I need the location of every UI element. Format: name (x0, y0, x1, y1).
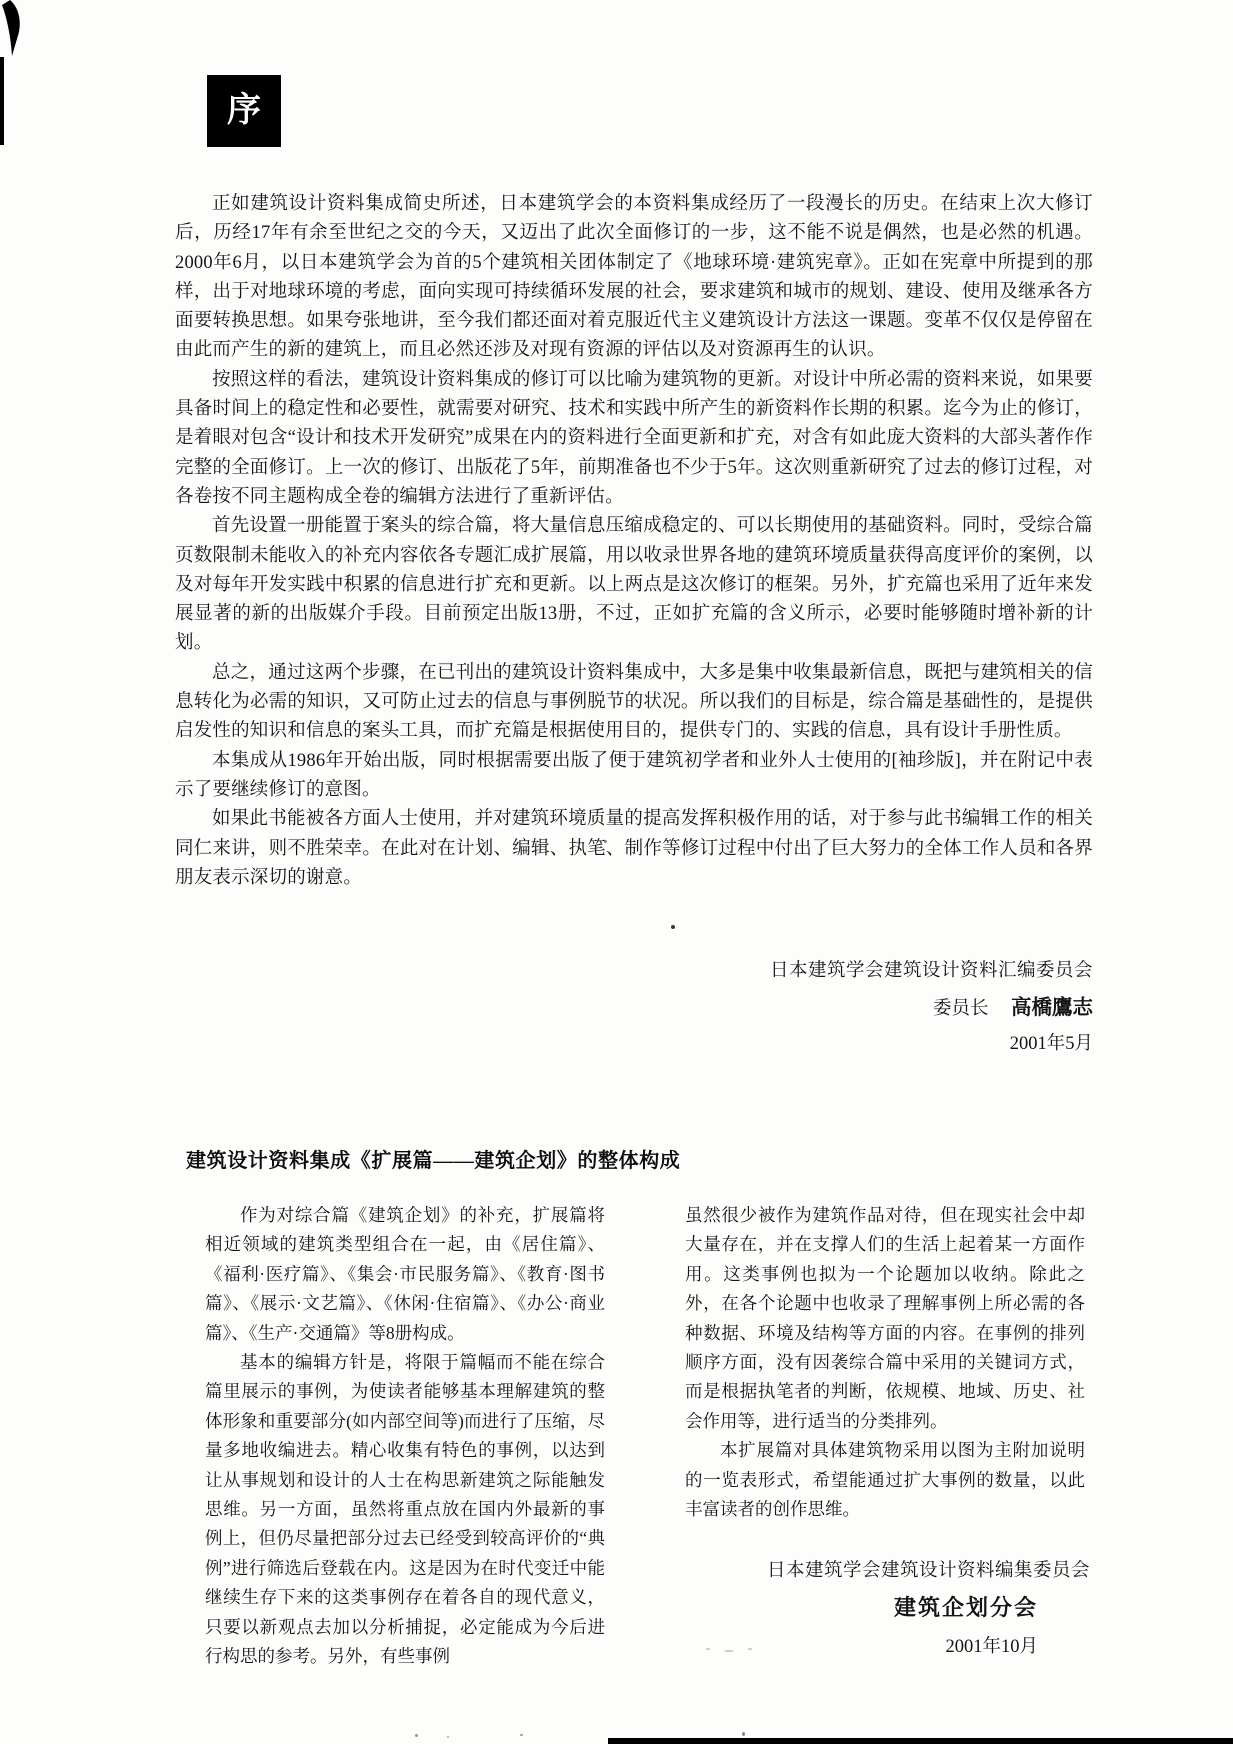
scan-edge-mark (0, 57, 4, 145)
column-paragraph: 基本的编辑方针是，将限于篇幅而不能在综合篇里展示的事例，为使读者能够基本理解建筑… (205, 1348, 605, 1671)
signature-organization: 日本建筑学会建筑设计资料编集委员会 (767, 1556, 1090, 1582)
scan-speck (671, 925, 675, 929)
signature-block-preface: 日本建筑学会建筑设计资料汇编委员会 委员长高橋鷹志 2001年5月 (770, 956, 1093, 1055)
preface-paragraph: 如果此书能被各方面人士使用，并对建筑环境质量的提高发挥积极作用的话，对于参与此书… (175, 805, 1093, 893)
signature-role: 委员长 (933, 999, 989, 1019)
scan-speck (415, 1734, 418, 1737)
signature-organization: 日本建筑学会建筑设计资料汇编委员会 (770, 956, 1093, 982)
column-paragraph: 虽然很少被作为建筑作品对待，但在现实社会中却大量存在，并在支撑人们的生活上起着某… (685, 1201, 1085, 1436)
pen-scan-mark (0, 0, 42, 62)
preface-body: 正如建筑设计资料集成简史所述，日本建筑学会的本资料集成经历了一段漫长的历史。在结… (175, 190, 1093, 893)
scanned-page: 序 正如建筑设计资料集成简史所述，日本建筑学会的本资料集成经历了一段漫长的历史。… (0, 0, 1233, 1744)
preface-paragraph: 正如建筑设计资料集成简史所述，日本建筑学会的本资料集成经历了一段漫长的历史。在结… (175, 190, 1093, 366)
scan-speck (520, 1734, 523, 1736)
preface-label-box: 序 (207, 75, 281, 147)
signature-date: 2001年10月 (767, 1632, 1038, 1658)
preface-paragraph: 本集成从1986年开始出版，同时根据需要出版了便于建筑初学者和业外人士使用的[袖… (175, 747, 1093, 806)
preface-label: 序 (227, 94, 261, 128)
signature-name: 高橋鷹志 (1011, 997, 1093, 1019)
signature-division: 建筑企划分会 (767, 1591, 1038, 1622)
scan-bottom-edge-mark (608, 1738, 1233, 1744)
signature-block-section: 日本建筑学会建筑设计资料编集委员会 建筑企划分会 2001年10月 (767, 1556, 1090, 1658)
preface-paragraph: 总之，通过这两个步骤，在已刊出的建筑设计资料集成中，大多是集中收集最新信息，既把… (175, 659, 1093, 747)
section-heading: 建筑设计资料集成《扩展篇——建筑企划》的整体构成 (186, 1144, 680, 1173)
preface-paragraph: 按照这样的看法，建筑设计资料集成的修订可以比喻为建筑物的更新。对设计中所必需的资… (175, 366, 1093, 512)
scan-speck (742, 1732, 745, 1736)
scan-speck (447, 1736, 449, 1738)
preface-paragraph: 首先设置一册能置于案头的综合篇，将大量信息压缩成稳定的、可以长期使用的基础资料。… (175, 512, 1093, 658)
signature-date: 2001年5月 (770, 1029, 1093, 1055)
column-paragraph: 本扩展篇对具体建筑物采用以图为主附加说明的一览表形式，希望能通过扩大事例的数量，… (685, 1436, 1085, 1524)
column-paragraph: 作为对综合篇《建筑企划》的补充，扩展篇将相近领域的建筑类型组合在一起，由《居住篇… (205, 1201, 605, 1348)
left-column: 作为对综合篇《建筑企划》的补充，扩展篇将相近领域的建筑类型组合在一起，由《居住篇… (205, 1201, 605, 1672)
signature-role-line: 委员长高橋鷹志 (770, 990, 1093, 1020)
